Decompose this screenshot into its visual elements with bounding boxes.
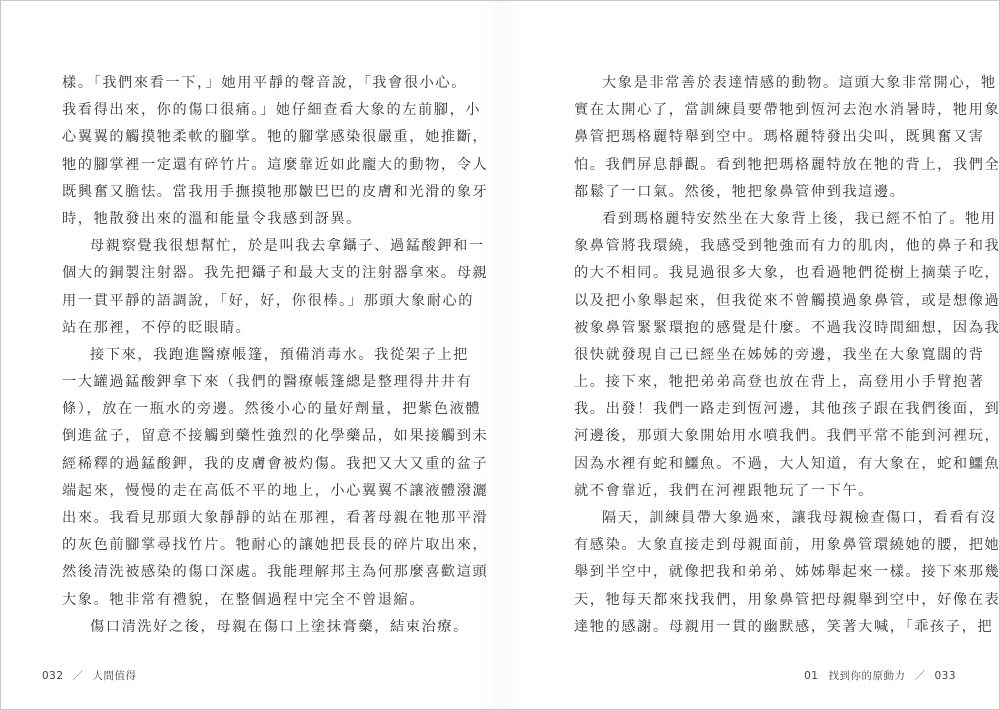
text-line: 心翼翼的觸摸牠柔軟的腳掌。牠的腳掌感染很嚴重，她推斷， — [62, 124, 414, 151]
text-line: 都鬆了一口氣。然後，牠把象鼻管伸到我這邊。 — [574, 179, 940, 206]
text-line: 我看得出來，你的傷口很痛。」她仔細查看大象的左前腳，小 — [62, 97, 414, 124]
text-line: 有感染。大象直接走到母親面前，用象鼻管環繞她的腰，把她 — [574, 532, 940, 559]
text-line: 河邊後，那頭大象開始用水噴我們。我們平常不能到河裡玩， — [574, 423, 940, 450]
text-line: 的大不相同。我見過很多大象，也看過牠們從樹上摘葉子吃， — [574, 260, 940, 287]
text-line: 站在那裡，不停的眨眼睛。 — [62, 315, 414, 342]
left-page-body-text: 樣。「我們來看一下，」她用平靜的聲音說，「我會很小心。我看得出來，你的傷口很痛。… — [62, 70, 414, 641]
text-line: 牠的腳掌裡一定還有碎竹片。這麼靠近如此龐大的動物，令人 — [62, 152, 414, 179]
text-line: 象鼻管將我環繞，我感受到牠強而有力的肌肉，他的鼻子和我 — [574, 233, 940, 260]
text-line: 就不會靠近，我們在河裡跟牠玩了一下午。 — [574, 478, 940, 505]
text-line: 個大的銅製注射器。我先把鑷子和最大支的注射器拿來。母親 — [62, 260, 414, 287]
paragraph-first-line: 母親察覺我很想幫忙，於是叫我去拿鑷子、過錳酸鉀和一 — [62, 233, 414, 260]
left-page-footer: 032／人間值得 — [42, 668, 137, 683]
text-line: 怕。我們屏息靜觀。看到牠把瑪格麗特放在牠的背上，我們全 — [574, 152, 940, 179]
footer-separator: ／ — [914, 670, 925, 682]
page-number: 032 — [42, 670, 64, 682]
paragraph-first-line: 大象是非常善於表達情感的動物。這頭大象非常開心，牠 — [574, 70, 940, 97]
page-number: 033 — [934, 670, 956, 682]
text-line: 我。出發！我們一路走到恆河邊，其他孩子跟在我們後面，到 — [574, 396, 940, 423]
text-line: 鼻管把瑪格麗特舉到空中。瑪格麗特發出尖叫，既興奮又害 — [574, 124, 940, 151]
text-line: 大象。牠非常有禮貌，在整個過程中完全不曾退縮。 — [62, 587, 414, 614]
text-line: 既興奮又膽怯。當我用手撫摸牠那皺巴巴的皮膚和光滑的象牙 — [62, 179, 414, 206]
text-line: 很快就發現自己已經坐在姊姊的旁邊，我坐在大象寬闊的背 — [574, 342, 940, 369]
text-line: 舉到半空中，就像把我和弟弟、姊姊舉起來一樣。接下來那幾 — [574, 559, 940, 586]
text-line: 時，牠散發出來的溫和能量令我感到訝異。 — [62, 206, 414, 233]
right-page-body-text: 大象是非常善於表達情感的動物。這頭大象非常開心，牠實在太開心了，當訓練員要帶牠到… — [574, 70, 940, 641]
text-line: 實在太開心了，當訓練員要帶牠到恆河去泡水消暑時，牠用象 — [574, 97, 940, 124]
text-line: 樣。「我們來看一下，」她用平靜的聲音說，「我會很小心。 — [62, 70, 414, 97]
right-page-footer: 01找到你的原動力／033 — [804, 668, 956, 683]
text-line: 端起來，慢慢的走在高低不平的地上，小心翼翼不讓液體潑灑 — [62, 478, 414, 505]
paragraph-first-line: 看到瑪格麗特安然坐在大象背上後，我已經不怕了。牠用 — [574, 206, 940, 233]
chapter-title: 找到你的原動力 — [828, 670, 905, 682]
text-line: 出來。我看見那頭大象靜靜的站在那裡，看著母親在牠那平滑 — [62, 505, 414, 532]
text-line: 被象鼻管緊緊環抱的感覺是什麼。不過我沒時間細想，因為我 — [574, 315, 940, 342]
text-line: 因為水裡有蛇和鱷魚。不過，大人知道，有大象在，蛇和鱷魚 — [574, 451, 940, 478]
paragraph-first-line: 傷口清洗好之後，母親在傷口上塗抹膏藥，結束治療。 — [62, 614, 414, 641]
paragraph-first-line: 接下來，我跑進醫療帳篷，預備消毒水。我從架子上把 — [62, 342, 414, 369]
paragraph-first-line: 隔天，訓練員帶大象過來，讓我母親檢查傷口，看看有沒 — [574, 505, 940, 532]
chapter-number: 01 — [804, 670, 818, 682]
book-title: 人間值得 — [93, 670, 137, 682]
left-page: 樣。「我們來看一下，」她用平靜的聲音說，「我會很小心。我看得出來，你的傷口很痛。… — [0, 0, 500, 710]
text-line: 上。接下來，牠把弟弟高登也放在背上，高登用小手臂抱著 — [574, 369, 940, 396]
text-line: 經稀釋的過錳酸鉀，我的皮膚會被灼傷。我把又大又重的盆子 — [62, 451, 414, 478]
right-page: 大象是非常善於表達情感的動物。這頭大象非常開心，牠實在太開心了，當訓練員要帶牠到… — [500, 0, 1000, 710]
text-line: 條），放在一瓶水的旁邊。然後小心的量好劑量，把紫色液體 — [62, 396, 414, 423]
text-line: 天，牠每天都來找我們，用象鼻管把母親舉到空中，好像在表 — [574, 587, 940, 614]
text-line: 以及把小象舉起來，但我從來不曾觸摸過象鼻管，或是想像過 — [574, 288, 940, 315]
footer-separator: ／ — [73, 670, 84, 682]
text-line: 一大罐過錳酸鉀拿下來（我們的醫療帳篷總是整理得井井有 — [62, 369, 414, 396]
text-line: 用一貫平靜的語調說，「好，好，你很棒。」那頭大象耐心的 — [62, 288, 414, 315]
text-line: 倒進盆子，留意不接觸到藥性強烈的化學藥品，如果接觸到未 — [62, 423, 414, 450]
text-line: 的灰色前腳掌尋找竹片。牠耐心的讓她把長長的碎片取出來， — [62, 532, 414, 559]
text-line: 達牠的感謝。母親用一貫的幽默感，笑著大喊，「乖孩子，把 — [574, 614, 940, 641]
text-line: 然後清洗被感染的傷口深處。我能理解邦主為何那麼喜歡這頭 — [62, 559, 414, 586]
